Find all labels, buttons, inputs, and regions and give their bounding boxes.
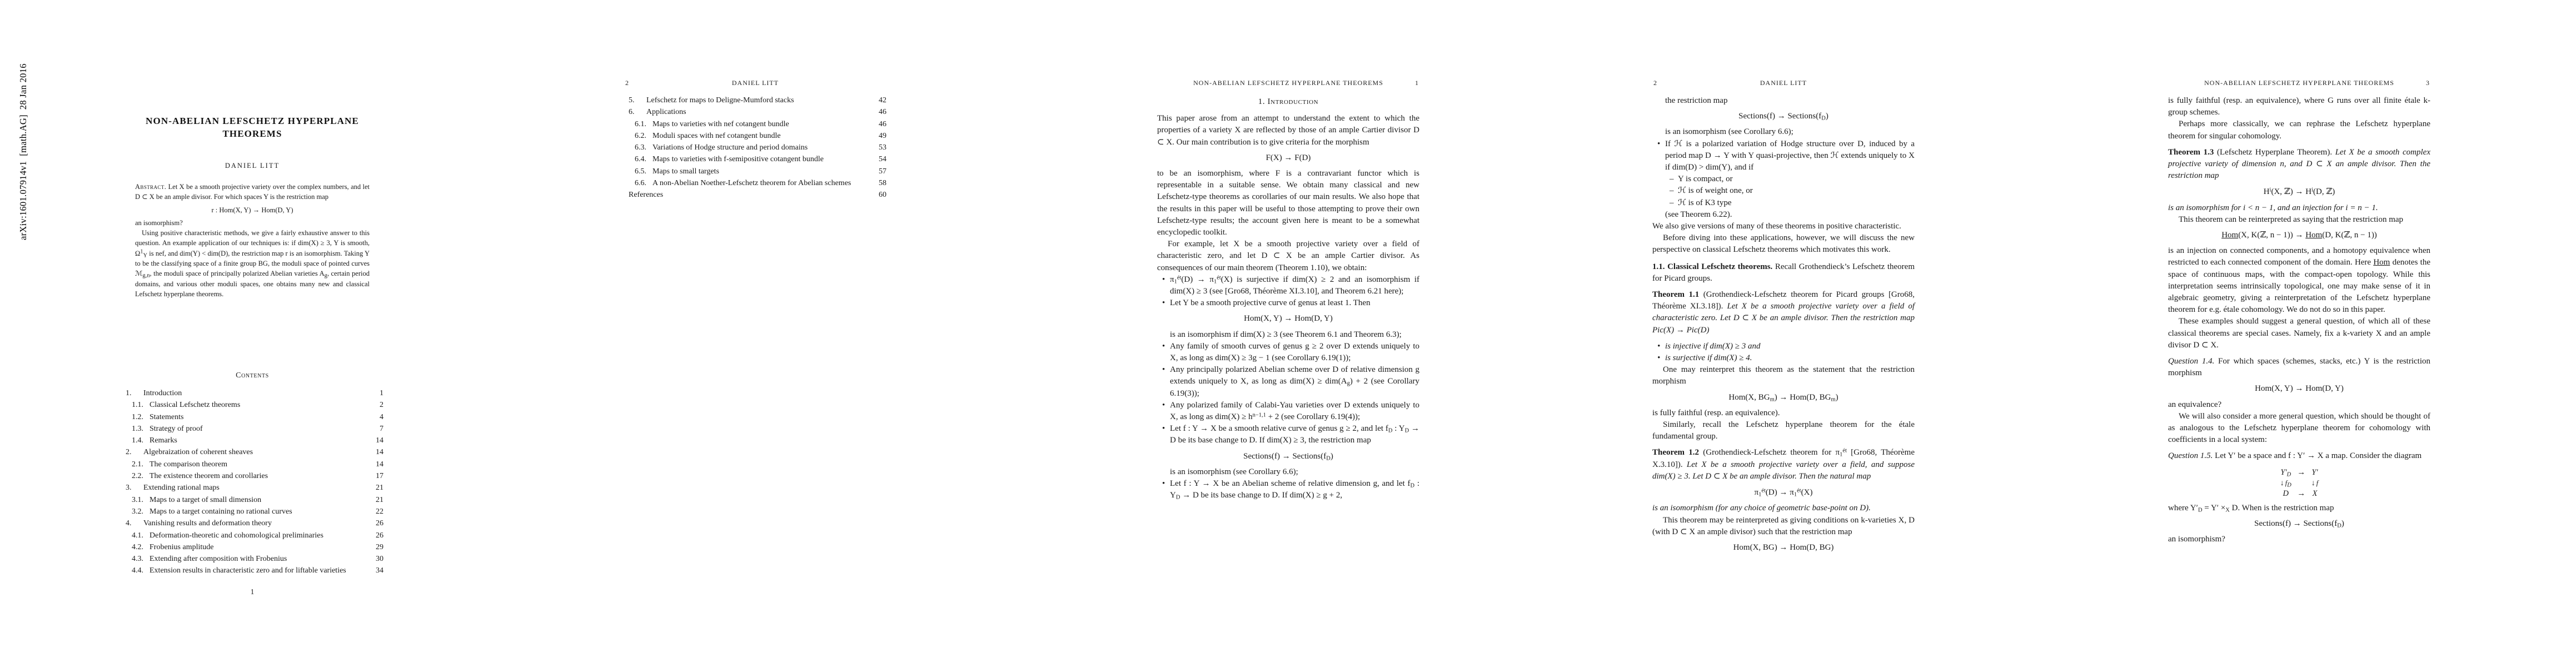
block-p: is an injection on connected components,…: [2168, 245, 2430, 316]
page-2: 2 DANIEL LITT 5.Lefschetz for maps to De…: [624, 0, 886, 667]
toc-entry: 6.1.Maps to varieties with nef cotangent…: [624, 118, 886, 130]
block-bullet: is surjective if dim(X) ≥ 4.: [1652, 352, 1915, 364]
toc-entry: 1.3.Strategy of proof7: [121, 423, 383, 435]
toc-entry: 1.Introduction1: [121, 387, 383, 399]
page-1: NON-ABELIAN LEFSCHETZ HYPERPLANE THEOREM…: [121, 0, 383, 667]
page-number: 2: [1653, 79, 1657, 87]
block-eq: Sections(f) → Sections(fD): [2168, 518, 2430, 530]
block-p: an equivalence?: [2168, 399, 2430, 411]
block-bulletcont: is an isomorphism (see Corollary 6.6);: [1652, 126, 1915, 138]
block-eq: Hom(X, BG) → Hom(D, BG): [1652, 542, 1915, 554]
block-dash: Y is compact, or: [1652, 173, 1915, 185]
abstract-question: an isomorphism?: [135, 218, 370, 228]
toc-entry: 6.3.Variations of Hodge structure and pe…: [624, 142, 886, 153]
block-eq: Hom(X, Y) → Hom(D, Y): [1157, 313, 1419, 325]
running-header-author: DANIEL LITT: [624, 79, 886, 87]
block-qn: Question 1.5. Let Y′ be a space and f : …: [2168, 450, 2430, 462]
page-body: 1. IntroductionThis paper arose from an …: [1157, 95, 1419, 502]
block-thm: Theorem 1.3 (Lefschetz Hyperplane Theore…: [2168, 147, 2430, 182]
toc-entry: 4.4.Extension results in characteristic …: [121, 565, 383, 576]
block-p: For example, let X be a smooth projectiv…: [1157, 238, 1419, 274]
commutative-diagram: Y′D→Y′↓fD↓fD→X: [2280, 467, 2319, 499]
contents-heading: Contents: [121, 371, 383, 380]
toc-entry: 6.2.Moduli spaces with nef cotangent bun…: [624, 130, 886, 142]
block-p: is an isomorphism (for any choice of geo…: [1652, 502, 1915, 514]
block-p: Perhaps more classically, we can rephras…: [2168, 118, 2430, 142]
page-number-footer: 1: [121, 588, 383, 596]
abstract: Abstract. Let X be a smooth projective v…: [135, 182, 370, 299]
running-header-author: DANIEL LITT: [1652, 79, 1915, 87]
toc-entry: 3.2.Maps to a target containing no ratio…: [121, 506, 383, 517]
page-body: the restriction mapSections(f) → Section…: [1652, 95, 1915, 558]
toc-entry: 3.1.Maps to a target of small dimension2…: [121, 494, 383, 506]
toc-entry: 6.5.Maps to small targets57: [624, 166, 886, 177]
block-p: is an isomorphism for i < n − 1, and an …: [2168, 202, 2430, 214]
block-diagram: Y′D→Y′↓fD↓fD→X: [2168, 467, 2430, 499]
block-eq: Hom(X, BGm) → Hom(D, BGm): [1652, 392, 1915, 404]
abstract-body: Using positive characteristic methods, w…: [135, 228, 370, 299]
toc-entry: 6.4.Maps to varieties with f-semipositiv…: [624, 153, 886, 165]
toc-entry: 4.Vanishing results and deformation theo…: [121, 517, 383, 529]
abstract-equation: r : Hom(X, Y) → Hom(D, Y): [135, 205, 370, 215]
running-header: NON-ABELIAN LEFSCHETZ HYPERPLANE THEOREM…: [1157, 79, 1419, 89]
block-p: One may reinterpret this theorem as the …: [1652, 364, 1915, 387]
abstract-label: Abstract.: [135, 183, 166, 191]
paper-title-line1: NON-ABELIAN LEFSCHETZ HYPERPLANE: [121, 115, 383, 127]
abstract-paragraph: Abstract. Let X be a smooth projective v…: [135, 182, 370, 202]
block-thm: Theorem 1.2 (Grothendieck-Lefschetz theo…: [1652, 447, 1915, 482]
block-bulletcont: (see Theorem 6.22).: [1652, 209, 1915, 221]
page-body: is fully faithful (resp. an equivalence)…: [2168, 95, 2430, 545]
block-bullet: Let f : Y → X be an Abelian scheme of re…: [1157, 478, 1419, 501]
running-header-title: NON-ABELIAN LEFSCHETZ HYPERPLANE THEOREM…: [2168, 79, 2430, 87]
paper-title-line2: THEOREMS: [121, 127, 383, 140]
document-canvas: arXiv:1601.07914v1 [math.AG] 28 Jan 2016…: [0, 0, 2576, 667]
block-p: to be an isomorphism, where F is a contr…: [1157, 168, 1419, 238]
page-number: 2: [625, 79, 629, 87]
page-number: 3: [2426, 79, 2429, 87]
block-bullet: If ℋ is a polarized variation of Hodge s…: [1652, 138, 1915, 174]
block-bullet: Any polarized family of Calabi-Yau varie…: [1157, 400, 1419, 423]
block-bulletcont: the restriction map: [1652, 95, 1915, 107]
toc-entry: References60: [624, 189, 886, 201]
block-p: is fully faithful (resp. an equivalence)…: [2168, 95, 2430, 118]
toc-entry: 4.1.Deformation-theoretic and cohomologi…: [121, 530, 383, 541]
running-header-title: NON-ABELIAN LEFSCHETZ HYPERPLANE THEOREM…: [1157, 79, 1419, 87]
table-of-contents-continued: 5.Lefschetz for maps to Deligne-Mumford …: [624, 94, 886, 201]
block-bullet: is injective if dim(X) ≥ 3 and: [1652, 341, 1915, 352]
block-bullet: Any principally polarized Abelian scheme…: [1157, 364, 1419, 400]
toc-entry: 5.Lefschetz for maps to Deligne-Mumford …: [624, 94, 886, 106]
toc-entry: 2.Algebraization of coherent sheaves14: [121, 446, 383, 458]
toc-entry: 3.Extending rational maps21: [121, 482, 383, 494]
block-p: We also give versions of many of these t…: [1652, 221, 1915, 232]
block-qn: Question 1.4. For which spaces (schemes,…: [2168, 356, 2430, 379]
block-sec: 1. Introduction: [1157, 96, 1419, 108]
block-eq: F(X) → F(D): [1157, 152, 1419, 164]
block-eq: Hom(X, Y) → Hom(D, Y): [2168, 383, 2430, 395]
abstract-intro: Let X be a smooth projective variety ove…: [135, 183, 370, 201]
toc-entry: 4.3.Extending after composition with Fro…: [121, 553, 383, 565]
toc-entry: 2.1.The comparison theorem14: [121, 459, 383, 470]
block-bullet: π1ét(D) → π1ét(X) is surjective if dim(X…: [1157, 274, 1419, 297]
block-p: This theorem can be reinterpreted as say…: [2168, 214, 2430, 226]
paper-author: DANIEL LITT: [121, 162, 383, 170]
toc-entry: 6.6.A non-Abelian Noether-Lefschetz theo…: [624, 177, 886, 189]
block-p: an isomorphism?: [2168, 534, 2430, 545]
page-3: NON-ABELIAN LEFSCHETZ HYPERPLANE THEOREM…: [1157, 0, 1419, 667]
block-dash: ℋ is of K3 type: [1652, 197, 1915, 209]
block-p: Before diving into these applications, h…: [1652, 232, 1915, 256]
running-header: NON-ABELIAN LEFSCHETZ HYPERPLANE THEOREM…: [2168, 79, 2430, 89]
block-p: These examples should suggest a general …: [2168, 316, 2430, 351]
arxiv-stamp: arXiv:1601.07914v1 [math.AG] 28 Jan 2016: [18, 63, 29, 240]
toc-entry: 2.2.The existence theorem and corollarie…: [121, 470, 383, 482]
block-bullet: Let Y be a smooth projective curve of ge…: [1157, 297, 1419, 309]
page-5: NON-ABELIAN LEFSCHETZ HYPERPLANE THEOREM…: [2168, 0, 2430, 667]
block-eq: Sections(f) → Sections(fD): [1652, 111, 1915, 122]
block-p: where Y′D = Y′ ×X D. When is the restric…: [2168, 502, 2430, 514]
block-runin: 1.1. Classical Lefschetz theorems. Recal…: [1652, 261, 1915, 285]
block-p: We will also consider a more general que…: [2168, 411, 2430, 446]
block-eq: Hi(X, ℤ) → Hi(D, ℤ): [2168, 186, 2430, 198]
block-dash: ℋ is of weight one, or: [1652, 185, 1915, 197]
block-eq: Hom(X, K(ℤ, n − 1)) → Hom(D, K(ℤ, n − 1)…: [2168, 230, 2430, 241]
block-p: This paper arose from an attempt to unde…: [1157, 113, 1419, 148]
block-bulletcont: is an isomorphism if dim(X) ≥ 3 (see The…: [1157, 329, 1419, 341]
block-bullet: Any family of smooth curves of genus g ≥…: [1157, 341, 1419, 364]
page-4: 2 DANIEL LITT the restriction mapSection…: [1652, 0, 1915, 667]
toc-entry: 1.1.Classical Lefschetz theorems2: [121, 399, 383, 411]
table-of-contents: 1.Introduction11.1.Classical Lefschetz t…: [121, 387, 383, 577]
toc-entry: 1.4.Remarks14: [121, 435, 383, 446]
toc-entry: 4.2.Frobenius amplitude29: [121, 541, 383, 553]
block-thm: Theorem 1.1 (Grothendieck-Lefschetz theo…: [1652, 289, 1915, 336]
block-bulletcont: is an isomorphism (see Corollary 6.6);: [1157, 466, 1419, 478]
block-eq: Sections(f) → Sections(fD): [1157, 451, 1419, 462]
toc-entry: 6.Applications46: [624, 106, 886, 118]
paper-title: NON-ABELIAN LEFSCHETZ HYPERPLANE THEOREM…: [121, 115, 383, 140]
page-number: 1: [1415, 79, 1418, 87]
block-p: This theorem may be reinterpreted as giv…: [1652, 515, 1915, 538]
toc-entry: 1.2.Statements4: [121, 411, 383, 423]
running-header: 2 DANIEL LITT: [1652, 79, 1915, 89]
block-eq: π1ét(D) → π1ét(X): [1652, 487, 1915, 499]
block-p: Similarly, recall the Lefschetz hyperpla…: [1652, 419, 1915, 442]
running-header: 2 DANIEL LITT: [624, 79, 886, 89]
block-p: is fully faithful (resp. an equivalence)…: [1652, 407, 1915, 419]
block-bullet: Let f : Y → X be a smooth relative curve…: [1157, 423, 1419, 446]
